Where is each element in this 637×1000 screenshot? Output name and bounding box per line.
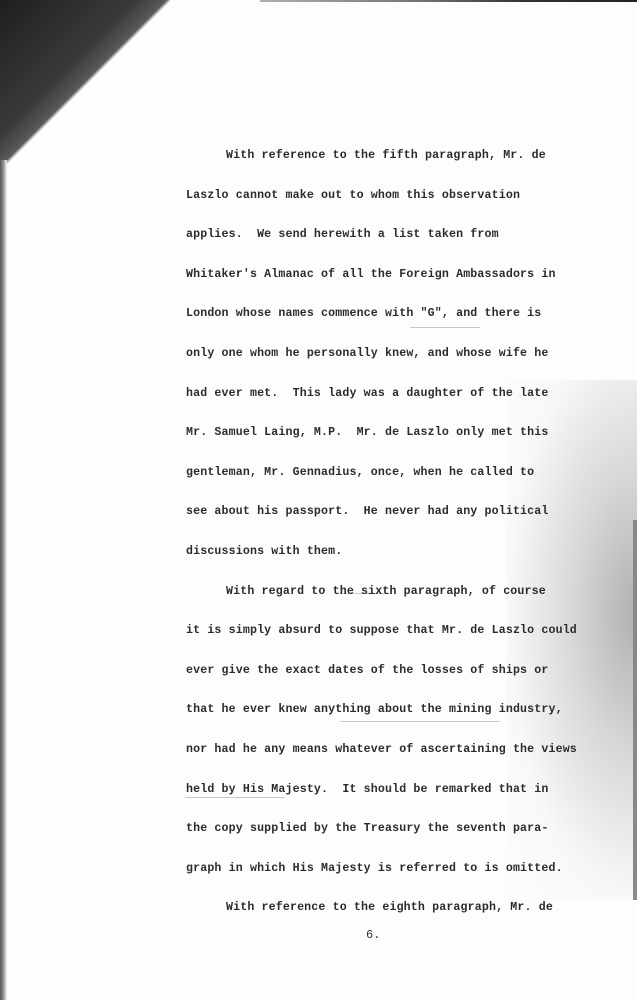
- document-page: With reference to the fifth paragraph, M…: [0, 0, 637, 1000]
- folded-corner-shadow: [0, 0, 170, 170]
- text-line: had ever met. This lady was a daughter o…: [186, 374, 626, 414]
- text-line: see about his passport. He never had any…: [186, 492, 626, 532]
- text-line: gentleman, Mr. Gennadius, once, when he …: [186, 453, 626, 493]
- text-line: With reference to the eighth paragraph, …: [186, 888, 626, 928]
- text-line: held by His Majesty. It should be remark…: [186, 770, 626, 810]
- text-line: ever give the exact dates of the losses …: [186, 651, 626, 691]
- text-line: With regard to the sixth paragraph, of c…: [186, 572, 626, 612]
- left-binding-edge: [0, 160, 7, 1000]
- text-line: With reference to the fifth paragraph, M…: [186, 136, 626, 176]
- text-line: applies. We send herewith a list taken f…: [186, 215, 626, 255]
- text-line: that he ever knew anything about the min…: [186, 690, 626, 730]
- text-line: graph in which His Majesty is referred t…: [186, 849, 626, 889]
- letter-body: With reference to the fifth paragraph, M…: [186, 136, 626, 928]
- text-line: London whose names commence with "G", an…: [186, 294, 626, 334]
- text-line: it is simply absurd to suppose that Mr. …: [186, 611, 626, 651]
- page-number: 6.: [366, 928, 380, 942]
- text-line: only one whom he personally knew, and wh…: [186, 334, 626, 374]
- text-line: the copy supplied by the Treasury the se…: [186, 809, 626, 849]
- text-line: nor had he any means whatever of ascerta…: [186, 730, 626, 770]
- text-line: discussions with them.: [186, 532, 626, 572]
- text-line: Laszlo cannot make out to whom this obse…: [186, 176, 626, 216]
- top-scan-edge: [260, 0, 637, 2]
- text-line: Whitaker's Almanac of all the Foreign Am…: [186, 255, 626, 295]
- text-line: Mr. Samuel Laing, M.P. Mr. de Laszlo onl…: [186, 413, 626, 453]
- right-scan-edge: [633, 520, 637, 900]
